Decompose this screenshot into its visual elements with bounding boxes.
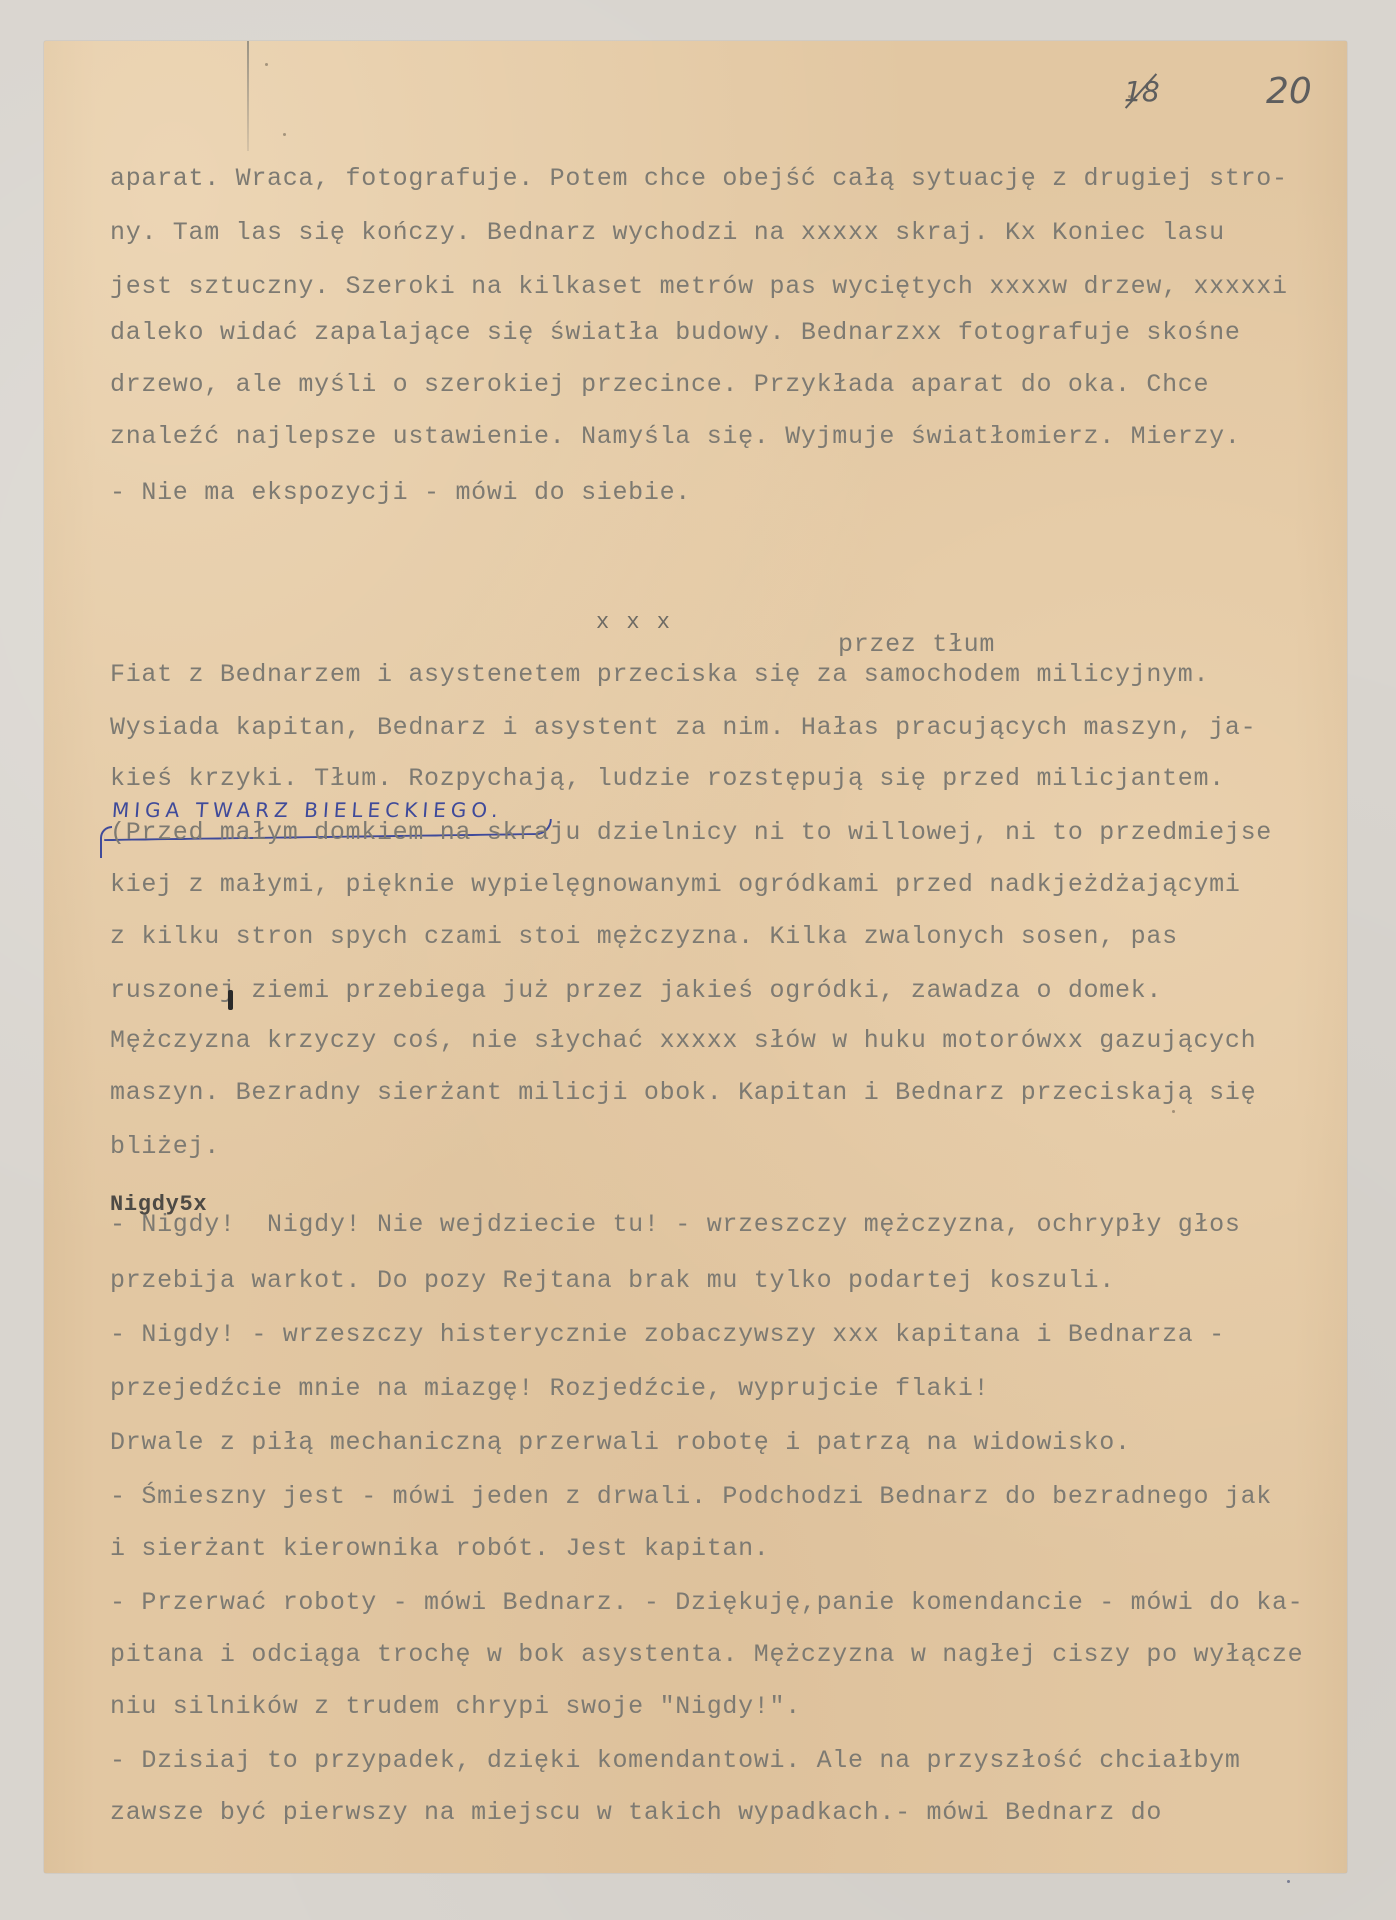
text-line: aparat. Wraca, fotografuje. Potem chce o… [110, 164, 1288, 194]
page-number: 20 [1266, 74, 1312, 110]
text-line: Drwale z piłą mechaniczną przerwali robo… [110, 1428, 1131, 1458]
paper-speck [265, 63, 268, 66]
text-line: daleko widać zapalające się światła budo… [110, 318, 1241, 348]
text-line: Fiat z Bednarzem i asystenetem przeciska… [110, 660, 1209, 690]
page-number-struck: 18 [1124, 78, 1160, 106]
text-line: - Dzisiaj to przypadek, dzięki komendant… [110, 1746, 1241, 1776]
text-line: przebija warkot. Do pozy Rejtana brak mu… [110, 1266, 1115, 1296]
section-divider: x x x [596, 610, 672, 635]
text-line: niu silników z trudem chrypi swoje "Nigd… [110, 1692, 801, 1722]
typed-insertion: przez tłum [838, 630, 995, 659]
text-line: - Śmieszny jest - mówi jeden z drwali. P… [110, 1482, 1272, 1512]
text-line: zawsze być pierwszy na miejscu w takich … [110, 1798, 1162, 1828]
text-line: przejedźcie mnie na miazgę! Rozjedźcie, … [110, 1374, 989, 1404]
text-line: z kilku stron spych czami stoi mężczyzna… [110, 922, 1178, 952]
text-line: - Nigdy! - wrzeszczy histerycznie zobacz… [110, 1320, 1225, 1350]
ink-mark [228, 990, 233, 1010]
margin-rule-line [247, 41, 249, 151]
paper-speck [1172, 1110, 1175, 1113]
text-line: bliżej. [110, 1132, 220, 1162]
text-line: maszyn. Bezradny sierżant milicji obok. … [110, 1078, 1256, 1108]
paper-speck [283, 133, 286, 136]
text-line: - Nie ma ekspozycji - mówi do siebie. [110, 478, 691, 508]
text-line: - Przerwać roboty - mówi Bednarz. - Dzię… [110, 1588, 1303, 1618]
text-line: kiej z małymi, pięknie wypielęgnowanymi … [110, 870, 1241, 900]
text-line: i sierżant kierownika robót. Jest kapita… [110, 1534, 770, 1564]
text-line: kieś krzyki. Tłum. Rozpychają, ludzie ro… [110, 764, 1225, 794]
text-line: jest sztuczny. Szeroki na kilkaset metró… [110, 272, 1288, 302]
text-line: ny. Tam las się kończy. Bednarz wychodzi… [110, 218, 1225, 248]
text-line: pitana i odciąga trochę w bok asystenta.… [110, 1640, 1303, 1670]
text-line: Wysiada kapitan, Bednarz i asystent za n… [110, 713, 1256, 743]
paper-speck [1128, 95, 1131, 98]
text-line: - Nigdy! Nigdy! Nie wejdziecie tu! - wrz… [110, 1210, 1241, 1240]
text-line: ruszonej ziemi przebiega już przez jakie… [110, 976, 1162, 1006]
text-line: Mężczyzna krzyczy coś, nie słychać xxxxx… [110, 1026, 1256, 1056]
paper-speck [1287, 1880, 1290, 1883]
text-line: (Przed małym domkiem na skraju dzielnicy… [110, 818, 1272, 848]
text-line: znaleźć najlepsze ustawienie. Namyśla si… [110, 422, 1241, 452]
text-line: drzewo, ale myśli o szerokiej przecince.… [110, 370, 1209, 400]
